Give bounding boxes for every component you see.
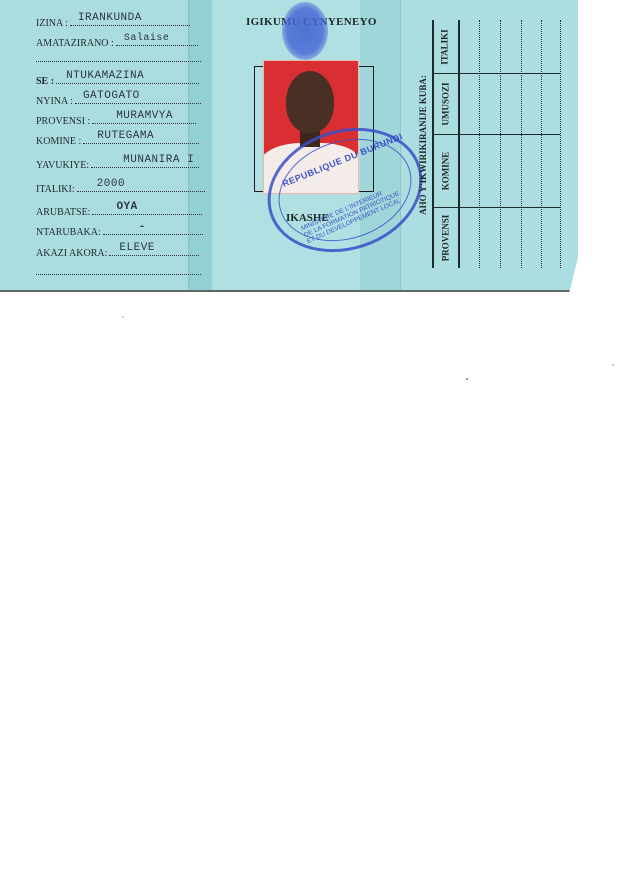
field-value: RUTEGAMA [97, 130, 154, 142]
field-value: ELEVE [119, 242, 155, 254]
table-dotted-line [500, 20, 501, 268]
field-komine: KOMINE : RUTEGAMA [36, 134, 199, 147]
residence-title-text: AHO Y'IKWIRIKIRANIJE KUBA: [418, 75, 428, 215]
field-value: Salaise [124, 33, 170, 44]
field-yavukiye: YAVUKIYE: MUNANIRA I [36, 158, 199, 171]
field-value: OYA [116, 201, 137, 213]
thumbprint-mark [282, 2, 328, 60]
photo-head [286, 71, 334, 133]
field-arubatse: ARUBATSE: OYA [36, 205, 202, 218]
field-label: YAVUKIYE: [36, 160, 89, 171]
field-label: NTARUBAKA: [36, 227, 101, 238]
residence-title: AHO Y'IKWIRIKIRANIJE KUBA: [416, 40, 430, 250]
field-value: IRANKUNDA [78, 12, 142, 24]
field-se: SE : NTUKAMAZINA [36, 74, 199, 87]
field-value: MUNANIRA I [123, 154, 194, 166]
blank-line [36, 61, 201, 62]
column-header-komine: KOMINE [432, 134, 458, 207]
field-label: ARUBATSE: [36, 207, 90, 218]
field-izina: IZINA : IRANKUNDA [36, 16, 190, 29]
blank-line [36, 274, 201, 275]
field-value: NTUKAMAZINA [66, 70, 144, 82]
field-label: ITALIKI: [36, 184, 75, 195]
field-label: AKAZI AKORA: [36, 248, 107, 259]
field-akazi-akora: AKAZI AKORA: ELEVE [36, 246, 199, 259]
field-value: - [139, 221, 146, 233]
field-value: MURAMVYA [116, 110, 173, 122]
field-provensi: PROVENSI : MURAMVYA [36, 114, 196, 127]
scan-speck [466, 378, 468, 380]
table-dotted-line [560, 20, 561, 268]
column-header-umusozi: UMUSOZI [432, 73, 458, 134]
table-dotted-line [521, 20, 522, 268]
field-italiki: ITALIKI: 2000 [36, 182, 205, 195]
field-label: SE : [36, 76, 54, 87]
field-ntarubaka: NTARUBAKA: - [36, 225, 203, 238]
field-label: IZINA : [36, 18, 68, 29]
field-value: 2000 [97, 178, 125, 190]
field-nyina: NYINA : GATOGATO [36, 94, 201, 107]
field-label: PROVENSI : [36, 116, 90, 127]
column-header-italiki: ITALIKI [432, 20, 458, 73]
table-dotted-line [479, 20, 480, 268]
residence-table: ITALIKI UMUSOZI KOMINE PROVENSI [432, 20, 560, 268]
table-dotted-line [541, 20, 542, 268]
field-amatazirano: AMATAZIRANO : Salaise [36, 36, 198, 49]
scan-speck [122, 316, 124, 318]
field-value: GATOGATO [83, 90, 140, 102]
field-label: KOMINE : [36, 136, 81, 147]
field-label: AMATAZIRANO : [36, 38, 114, 49]
table-divider [458, 20, 460, 268]
column-header-provensi: PROVENSI [432, 207, 458, 268]
field-label: NYINA : [36, 96, 73, 107]
scan-speck [612, 364, 614, 366]
